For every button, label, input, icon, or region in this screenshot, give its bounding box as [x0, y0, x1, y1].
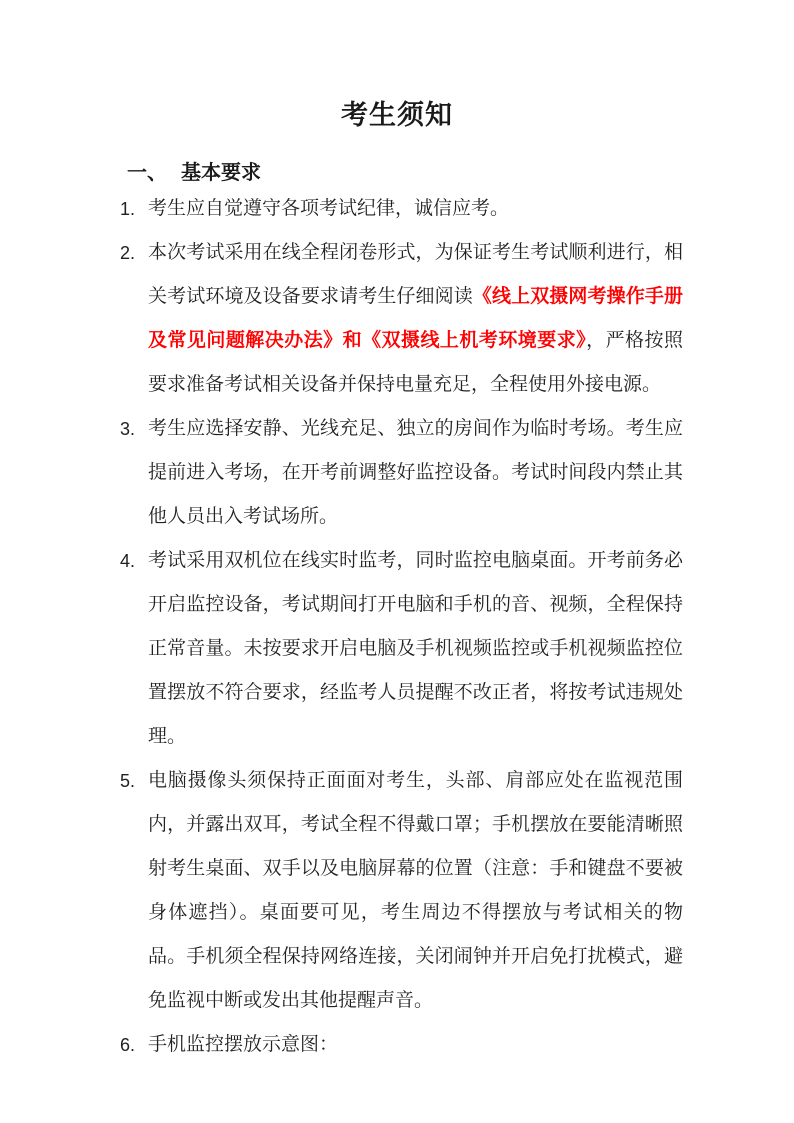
- item-text: 本次考试采用在线全程闭卷形式，为保证考生考试顺利进行，相关考试环境及设备要求请考…: [148, 231, 683, 407]
- section-label: 基本要求: [181, 162, 261, 184]
- section-number: 一、: [127, 159, 167, 187]
- item-text: 电脑摄像头须保持正面面对考生，头部、肩部应处在监视范围内，并露出双耳，考试全程不…: [148, 759, 683, 1023]
- list-item: 4. 考试采用双机位在线实时监考，同时监控电脑桌面。开考前务必开启监控设备，考试…: [120, 539, 683, 759]
- list-item: 2. 本次考试采用在线全程闭卷形式，为保证考生考试顺利进行，相关考试环境及设备要…: [120, 231, 683, 407]
- item-number: 4.: [120, 539, 148, 583]
- document-page: 考生须知 一、基本要求 1. 考生应自觉遵守各项考试纪律，诚信应考。 2. 本次…: [0, 0, 794, 1123]
- item-text: 考试采用双机位在线实时监考，同时监控电脑桌面。开考前务必开启监控设备，考试期间打…: [148, 539, 683, 759]
- item-text: 考生应自觉遵守各项考试纪律，诚信应考。: [148, 187, 683, 231]
- item-number: 1.: [120, 187, 148, 231]
- list-item: 5. 电脑摄像头须保持正面面对考生，头部、肩部应处在监视范围内，并露出双耳，考试…: [120, 759, 683, 1023]
- item-number: 5.: [120, 759, 148, 803]
- list-item: 3. 考生应选择安静、光线充足、独立的房间作为临时考场。考生应提前进入考场，在开…: [120, 407, 683, 539]
- list-item: 1. 考生应自觉遵守各项考试纪律，诚信应考。: [120, 187, 683, 231]
- item-number: 2.: [120, 231, 148, 275]
- item-number: 6.: [120, 1023, 148, 1067]
- item-text: 手机监控摆放示意图：: [148, 1023, 683, 1067]
- section-heading: 一、基本要求: [127, 159, 683, 187]
- item-number: 3.: [120, 407, 148, 451]
- item-text: 考生应选择安静、光线充足、独立的房间作为临时考场。考生应提前进入考场，在开考前调…: [148, 407, 683, 539]
- list-item: 6. 手机监控摆放示意图：: [120, 1023, 683, 1067]
- page-title: 考生须知: [0, 0, 794, 133]
- notice-list: 1. 考生应自觉遵守各项考试纪律，诚信应考。 2. 本次考试采用在线全程闭卷形式…: [0, 187, 794, 1067]
